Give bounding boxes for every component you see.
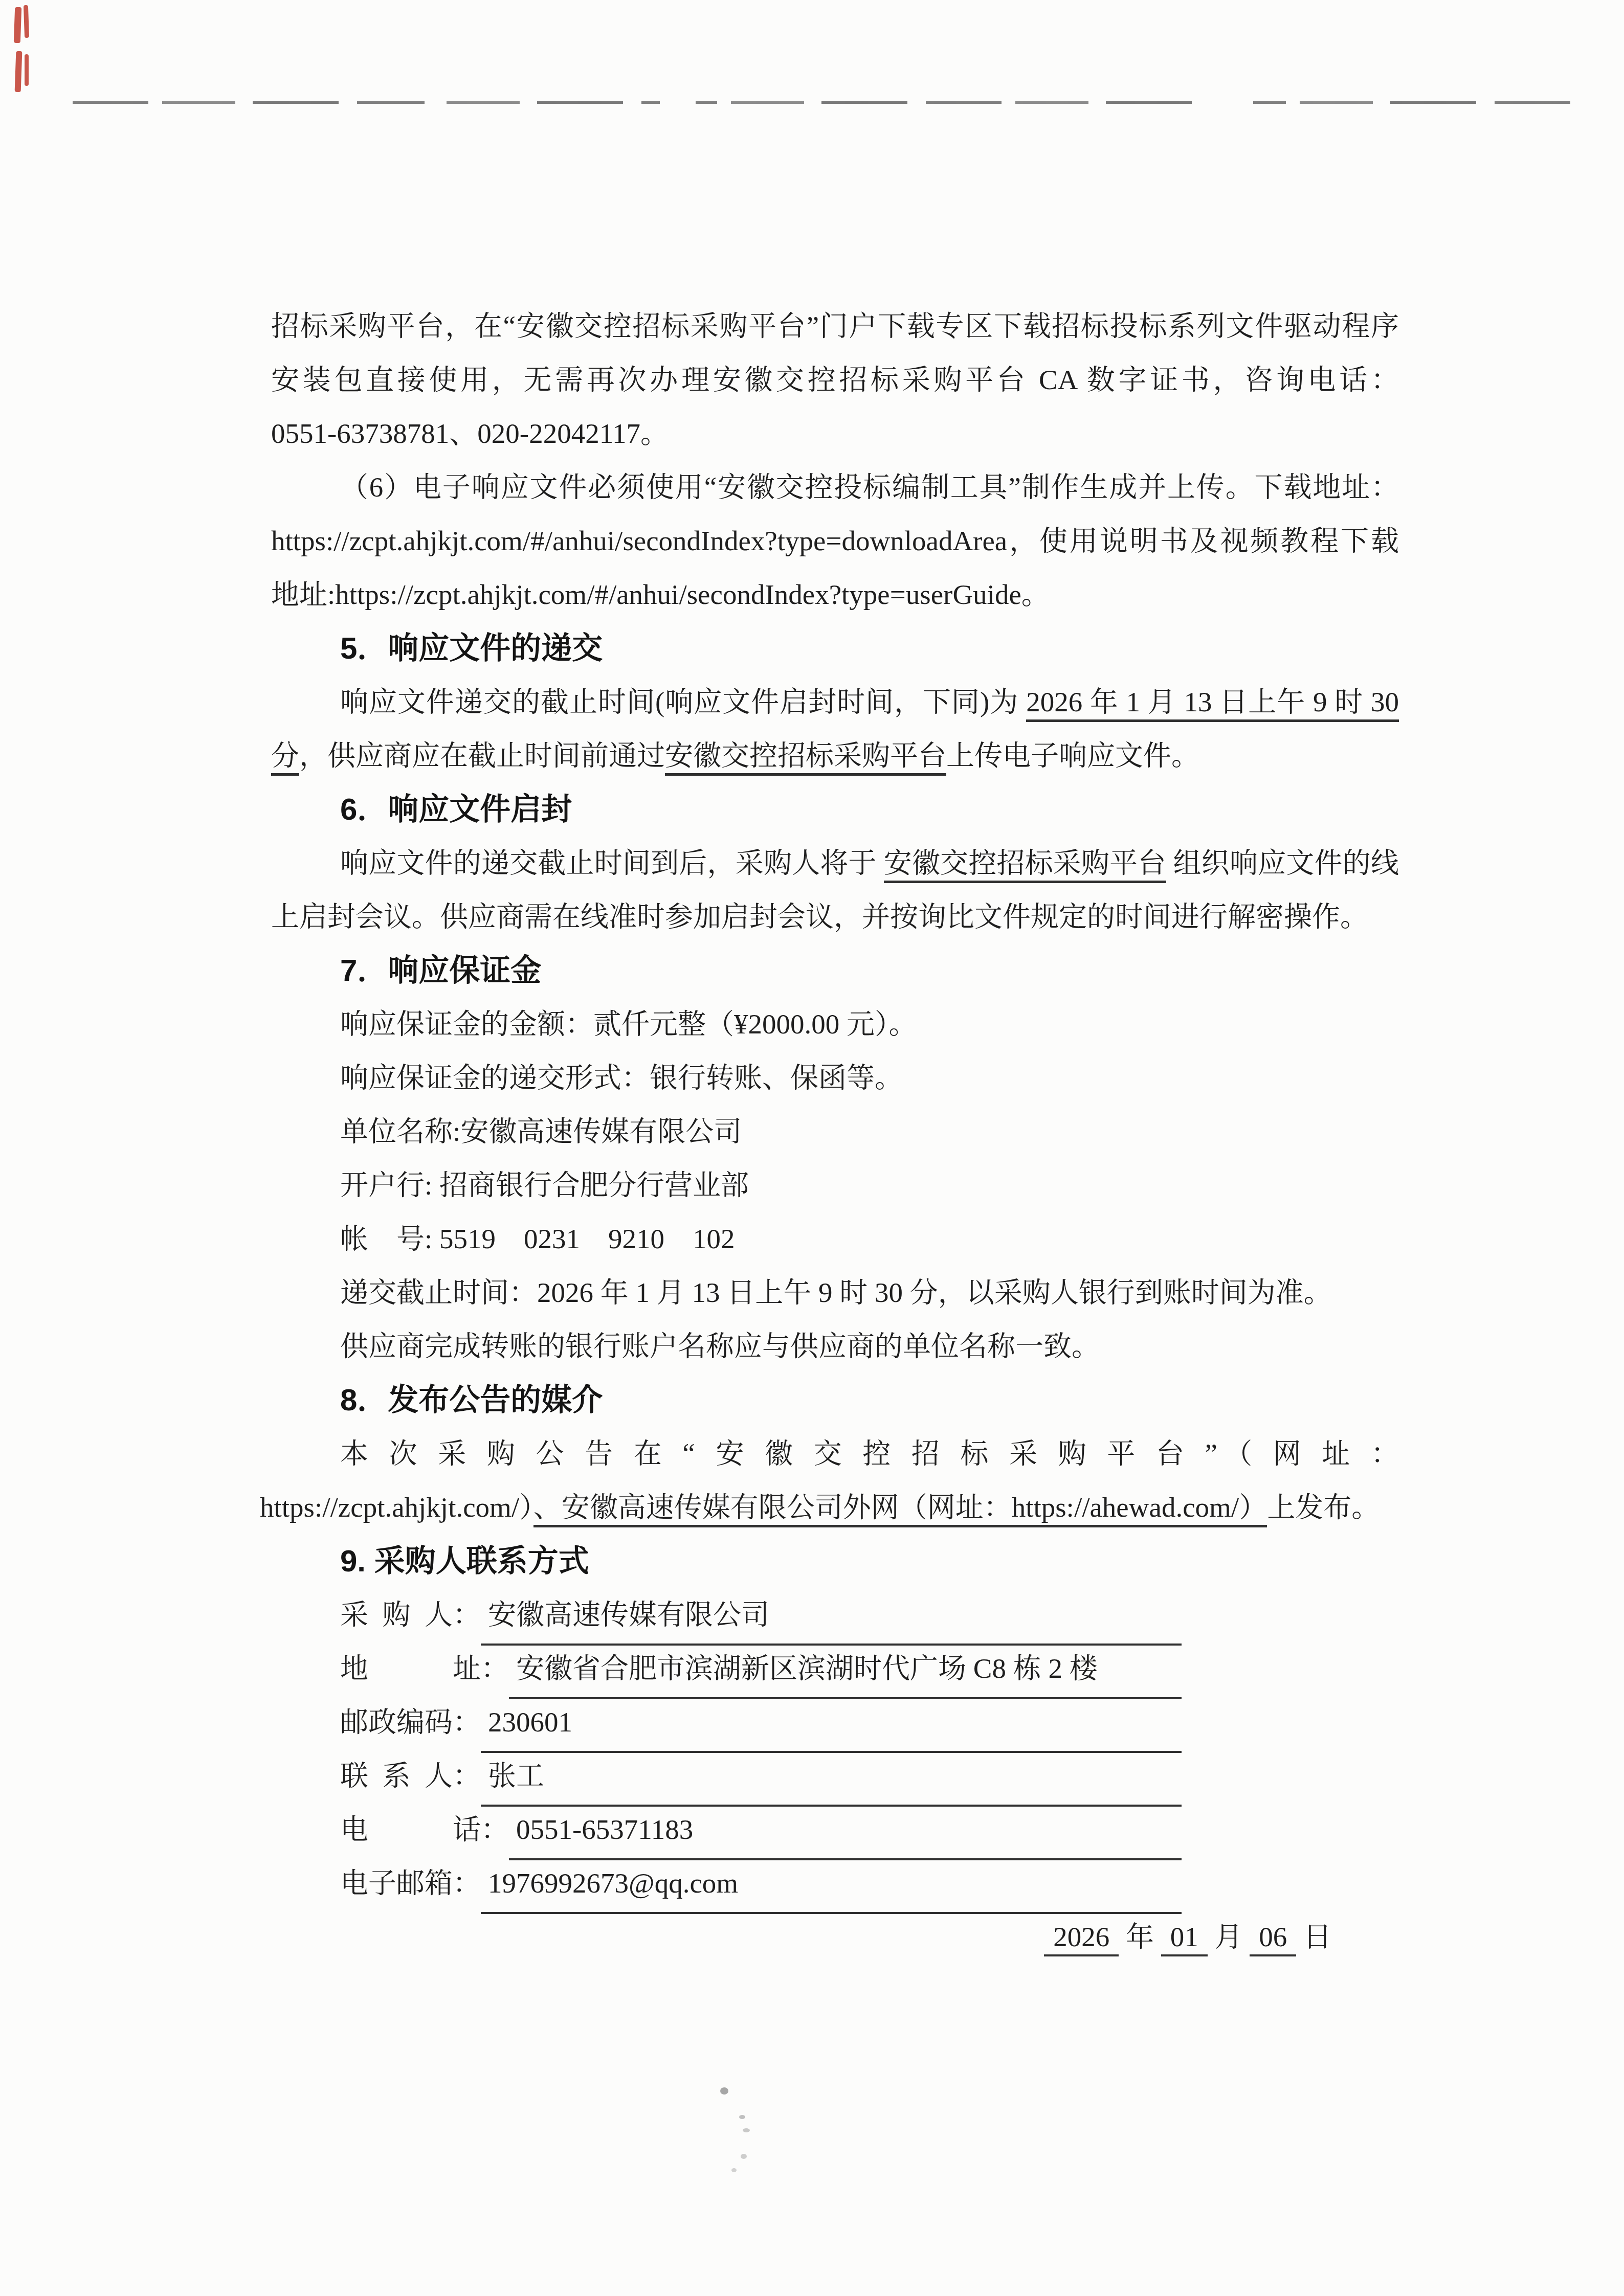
item6-line-3: 地址:https://zcpt.ahjkjt.com/#/anhui/secon… bbox=[271, 568, 1399, 621]
dashed-line-gap bbox=[1192, 97, 1253, 107]
text-segment: 本次采购公告在“安徽交控招标采购平台”（网址： bbox=[340, 1438, 1399, 1469]
scan-artifact-red-mark bbox=[25, 54, 29, 86]
field-postcode-value: 230601 bbox=[481, 1695, 1182, 1753]
heading-5: 5．响应文件的递交 bbox=[271, 621, 1399, 675]
underlined-text: 、安徽高速传媒有限公司外网（网址：https://ahewad.com/） bbox=[533, 1492, 1267, 1527]
date-segment: 06 bbox=[1250, 1921, 1296, 1956]
text-segment: 组织响应文件的线 bbox=[1166, 847, 1399, 879]
scan-artifact-red-mark bbox=[15, 51, 23, 92]
text-segment: 地址:https://zcpt.ahjkjt.com/#/anhui/secon… bbox=[271, 579, 1050, 610]
s5-line-2: 分，供应商应在截止时间前通过安徽交控招标采购平台上传电子响应文件。 bbox=[271, 729, 1399, 782]
heading-9: 9. 采购人联系方式 bbox=[271, 1534, 1399, 1588]
text-segment: 帐 号: 5519 0231 9210 102 bbox=[340, 1223, 735, 1254]
date-segment: 年 bbox=[1119, 1921, 1161, 1952]
text-segment: 供应商完成转账的银行账户名称应与供应商的单位名称一致。 bbox=[340, 1331, 1100, 1362]
field-address-label: 地 址： bbox=[340, 1641, 509, 1695]
text-segment: 招标采购平台，在“安徽交控招标采购平台”门户下载专区下载招标投标系列文件驱动程序 bbox=[271, 310, 1399, 342]
field-phone-value: 0551-65371183 bbox=[509, 1803, 1182, 1860]
scan-artifact-speck bbox=[741, 2154, 747, 2159]
scanned-document-page: 招标采购平台，在“安徽交控招标采购平台”门户下载专区下载招标投标系列文件驱动程序… bbox=[0, 0, 1624, 2296]
s7-unit-name: 单位名称:安徽高速传媒有限公司 bbox=[271, 1105, 1399, 1158]
field-purchaser-value: 安徽高速传媒有限公司 bbox=[481, 1588, 1182, 1646]
text-segment: https://zcpt.ahjkjt.com/） bbox=[260, 1492, 533, 1523]
s5-line-1: 响应文件递交的截止时间(响应文件启封时间，下同)为 2026 年 1 月 13 … bbox=[271, 675, 1399, 729]
field-email-value: 1976992673@qq.com bbox=[481, 1856, 1182, 1914]
s8-line-1: 本次采购公告在“安徽交控招标采购平台”（网址： bbox=[271, 1427, 1399, 1480]
s7-bank: 开户行: 招商银行合肥分行营业部 bbox=[271, 1158, 1399, 1212]
heading-7: 7．响应保证金 bbox=[271, 943, 1399, 997]
field-email: 电子邮箱：1976992673@qq.com bbox=[271, 1856, 1399, 1910]
scan-artifact-speck bbox=[731, 2168, 737, 2172]
date-segment: 01 bbox=[1161, 1921, 1208, 1956]
field-purchaser-label: 采 购 人： bbox=[340, 1588, 481, 1641]
scan-artifact-dashed-line bbox=[73, 101, 1576, 104]
date-segment: 2026 bbox=[1044, 1921, 1119, 1956]
scan-artifact-red-mark bbox=[24, 5, 29, 38]
underlined-text: 分 bbox=[271, 740, 299, 776]
continuation-paragraph-line-1: 招标采购平台，在“安徽交控招标采购平台”门户下载专区下载招标投标系列文件驱动程序 bbox=[271, 299, 1399, 353]
text-segment: 响应保证金的递交形式：银行转账、保函等。 bbox=[340, 1062, 903, 1093]
continuation-paragraph-line-3: 0551-63738781、020-22042117。 bbox=[271, 407, 1399, 460]
text-segment: 0551-63738781、020-22042117。 bbox=[271, 418, 669, 449]
field-purchaser: 采 购 人：安徽高速传媒有限公司 bbox=[271, 1588, 1399, 1641]
field-address: 地 址：安徽省合肥市滨湖新区滨湖时代广场 C8 栋 2 楼 bbox=[271, 1641, 1399, 1695]
heading-8: 8．发布公告的媒介 bbox=[271, 1373, 1399, 1427]
continuation-paragraph-line-2: 安装包直接使用，无需再次办理安徽交控招标采购平台 CA 数字证书，咨询电话： bbox=[271, 353, 1399, 407]
s6-line-1: 响应文件的递交截止时间到后，采购人将于 安徽交控招标采购平台 组织响应文件的线 bbox=[271, 836, 1399, 890]
field-contact: 联 系 人：张工 bbox=[271, 1749, 1399, 1803]
date-segment: 月 bbox=[1208, 1921, 1250, 1952]
scan-artifact-red-mark bbox=[14, 7, 21, 43]
s7-form: 响应保证金的递交形式：银行转账、保函等。 bbox=[271, 1051, 1399, 1105]
text-segment: 安装包直接使用，无需再次办理安徽交控招标采购平台 CA 数字证书，咨询电话： bbox=[271, 364, 1399, 395]
field-postcode-label: 邮政编码： bbox=[340, 1695, 481, 1749]
text-segment: https://zcpt.ahjkjt.com/#/anhui/secondIn… bbox=[271, 525, 1399, 556]
field-contact-value: 张工 bbox=[481, 1749, 1182, 1807]
s8-line-2: https://zcpt.ahjkjt.com/）、安徽高速传媒有限公司外网（网… bbox=[260, 1480, 1399, 1534]
date-segment: 日 bbox=[1296, 1921, 1331, 1952]
item6-line-2: https://zcpt.ahjkjt.com/#/anhui/secondIn… bbox=[271, 514, 1399, 568]
scan-artifact-speck bbox=[739, 2115, 745, 2119]
text-segment: 响应文件递交的截止时间(响应文件启封时间，下同)为 bbox=[340, 686, 1026, 717]
heading-6: 6．响应文件启封 bbox=[271, 782, 1399, 836]
dashed-line-gap bbox=[425, 97, 445, 107]
text-segment: （6）电子响应文件必须使用“安徽交控投标编制工具”制作生成并上传。下载地址： bbox=[340, 471, 1399, 503]
scan-artifact-speck bbox=[743, 2128, 750, 2132]
s7-note: 供应商完成转账的银行账户名称应与供应商的单位名称一致。 bbox=[271, 1319, 1399, 1373]
dashed-line-gap bbox=[660, 97, 696, 107]
document-content: 招标采购平台，在“安徽交控招标采购平台”门户下载专区下载招标投标系列文件驱动程序… bbox=[271, 299, 1399, 1964]
underlined-text: 2026 年 1 月 13 日上午 9 时 30 bbox=[1026, 686, 1399, 722]
field-phone-label: 电 话： bbox=[340, 1803, 509, 1856]
text-segment: 开户行: 招商银行合肥分行营业部 bbox=[340, 1169, 749, 1201]
text-segment: ，供应商应在截止时间前通过 bbox=[299, 740, 665, 771]
field-postcode: 邮政编码：230601 bbox=[271, 1695, 1399, 1749]
underlined-text: 安徽交控招标采购平台 bbox=[884, 847, 1166, 883]
date-line: 2026 年 01 月 06 日 bbox=[271, 1910, 1399, 1964]
text-segment: 上传电子响应文件。 bbox=[946, 740, 1199, 771]
text-segment: 上启封会议。供应商需在线准时参加启封会议，并按询比文件规定的时间进行解密操作。 bbox=[271, 901, 1368, 932]
underlined-text: 安徽交控招标采购平台 bbox=[665, 740, 946, 776]
field-phone: 电 话：0551-65371183 bbox=[271, 1803, 1399, 1856]
field-email-label: 电子邮箱： bbox=[340, 1856, 481, 1910]
s7-deadline: 递交截止时间：2026 年 1 月 13 日上午 9 时 30 分，以采购人银行… bbox=[271, 1266, 1399, 1319]
s6-line-2: 上启封会议。供应商需在线准时参加启封会议，并按询比文件规定的时间进行解密操作。 bbox=[271, 890, 1399, 943]
text-segment: 上发布。 bbox=[1267, 1492, 1380, 1523]
text-segment: 响应文件的递交截止时间到后，采购人将于 bbox=[340, 847, 884, 879]
item6-line-1: （6）电子响应文件必须使用“安徽交控投标编制工具”制作生成并上传。下载地址： bbox=[271, 460, 1399, 514]
field-contact-label: 联 系 人： bbox=[340, 1749, 481, 1803]
text-segment: 递交截止时间：2026 年 1 月 13 日上午 9 时 30 分，以采购人银行… bbox=[340, 1277, 1332, 1308]
s7-amount: 响应保证金的金额：贰仟元整（¥2000.00 元）。 bbox=[271, 997, 1399, 1051]
scan-artifact-speck bbox=[720, 2087, 728, 2095]
s7-account: 帐 号: 5519 0231 9210 102 bbox=[271, 1212, 1399, 1266]
field-address-value: 安徽省合肥市滨湖新区滨湖时代广场 C8 栋 2 楼 bbox=[509, 1641, 1182, 1699]
text-segment: 响应保证金的金额：贰仟元整（¥2000.00 元）。 bbox=[340, 1008, 917, 1040]
text-segment: 单位名称:安徽高速传媒有限公司 bbox=[340, 1116, 742, 1147]
